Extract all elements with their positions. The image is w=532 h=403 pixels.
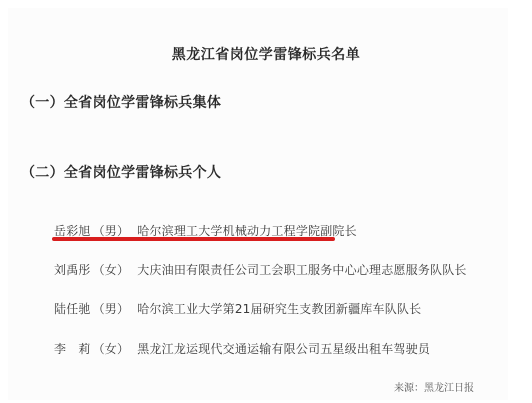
person-entry: 李 莉（女）黑龙江龙运现代交通运输有限公司五星级出租车驾驶员 [54, 340, 430, 357]
source-credit: 来源：黑龙江日报 [394, 379, 474, 394]
person-description: 大庆油田有限责任公司工会职工服务中心心理志愿服务队队长 [137, 261, 466, 278]
person-name: 李 莉 [54, 340, 91, 357]
person-name: 陆任驰 [54, 300, 91, 317]
person-description: 哈尔滨工业大学第21届研究生支教团新疆库车队队长 [137, 300, 421, 317]
person-gender: （女） [93, 261, 130, 278]
person-description: 黑龙江龙运现代交通运输有限公司五星级出租车驾驶员 [137, 340, 430, 357]
section-heading-individual: （二）全省岗位学雷锋标兵个人 [21, 162, 221, 182]
person-entry: 刘禹彤（女）大庆油田有限责任公司工会职工服务中心心理志愿服务队队长 [54, 261, 467, 278]
person-gender: （男） [93, 300, 130, 317]
person-entry: 陆任驰（男）哈尔滨工业大学第21届研究生支教团新疆库车队队长 [54, 300, 421, 317]
person-name: 刘禹彤 [54, 261, 91, 278]
section-heading-collective: （一）全省岗位学雷锋标兵集体 [21, 92, 221, 112]
person-gender: （女） [93, 340, 130, 357]
red-highlight-underline [52, 237, 335, 241]
document-title: 黑龙江省岗位学雷锋标兵名单 [0, 44, 532, 64]
